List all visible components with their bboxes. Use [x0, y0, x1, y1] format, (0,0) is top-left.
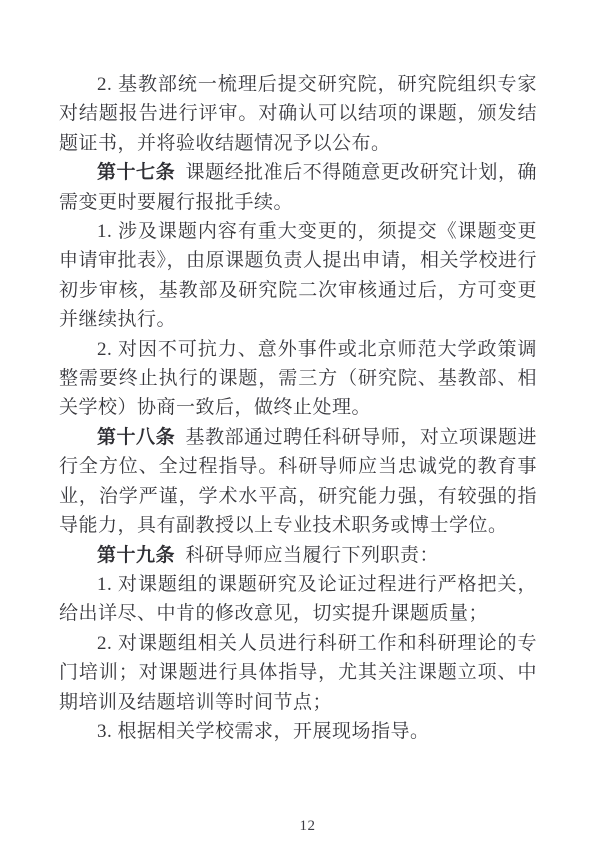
article-heading: 第十九条	[97, 545, 175, 566]
paragraph: 3. 根据相关学校需求，开展现场指导。	[59, 717, 537, 746]
paragraph: 1. 对课题组的课题研究及论证过程进行严格把关，给出详尽、中肯的修改意见，切实提…	[59, 570, 537, 629]
paragraph-text: 2. 对因不可抗力、意外事件或北京师范大学政策调整需要终止执行的课题，需三方（研…	[59, 339, 537, 419]
paragraph: 1. 涉及课题内容有重大变更的，须提交《课题变更申请审批表》，由原课题负责人提出…	[59, 217, 537, 335]
paragraph: 第十八条基教部通过聘任科研导师，对立项课题进行全方位、全过程指导。科研导师应当忠…	[59, 423, 537, 541]
page: 2. 基教部统一梳理后提交研究院，研究院组织专家对结题报告进行评审。对确认可以结…	[0, 0, 615, 868]
paragraph: 2. 对因不可抗力、意外事件或北京师范大学政策调整需要终止执行的课题，需三方（研…	[59, 335, 537, 423]
paragraph-text: 3. 根据相关学校需求，开展现场指导。	[97, 721, 430, 742]
paragraph: 2. 对课题组相关人员进行科研工作和科研理论的专门培训；对课题进行具体指导，尤其…	[59, 629, 537, 717]
page-number: 12	[0, 818, 615, 835]
paragraph-text: 2. 对课题组相关人员进行科研工作和科研理论的专门培训；对课题进行具体指导，尤其…	[59, 633, 537, 713]
article-heading: 第十八条	[97, 427, 175, 448]
paragraph-text: 科研导师应当履行下列职责：	[185, 545, 439, 566]
paragraph: 第十七条课题经批准后不得随意更改研究计划，确需变更时要履行报批手续。	[59, 158, 537, 217]
paragraph: 第十九条科研导师应当履行下列职责：	[59, 541, 537, 570]
paragraph: 2. 基教部统一梳理后提交研究院，研究院组织专家对结题报告进行评审。对确认可以结…	[59, 70, 537, 158]
paragraph-text: 1. 对课题组的课题研究及论证过程进行严格把关，给出详尽、中肯的修改意见，切实提…	[59, 574, 537, 624]
document-body: 2. 基教部统一梳理后提交研究院，研究院组织专家对结题报告进行评审。对确认可以结…	[59, 70, 537, 746]
paragraph-text: 2. 基教部统一梳理后提交研究院，研究院组织专家对结题报告进行评审。对确认可以结…	[59, 74, 537, 154]
paragraph-text: 1. 涉及课题内容有重大变更的，须提交《课题变更申请审批表》，由原课题负责人提出…	[59, 221, 537, 330]
article-heading: 第十七条	[97, 162, 175, 183]
document-page: { "document": { "page_number": "12", "pa…	[0, 0, 615, 868]
